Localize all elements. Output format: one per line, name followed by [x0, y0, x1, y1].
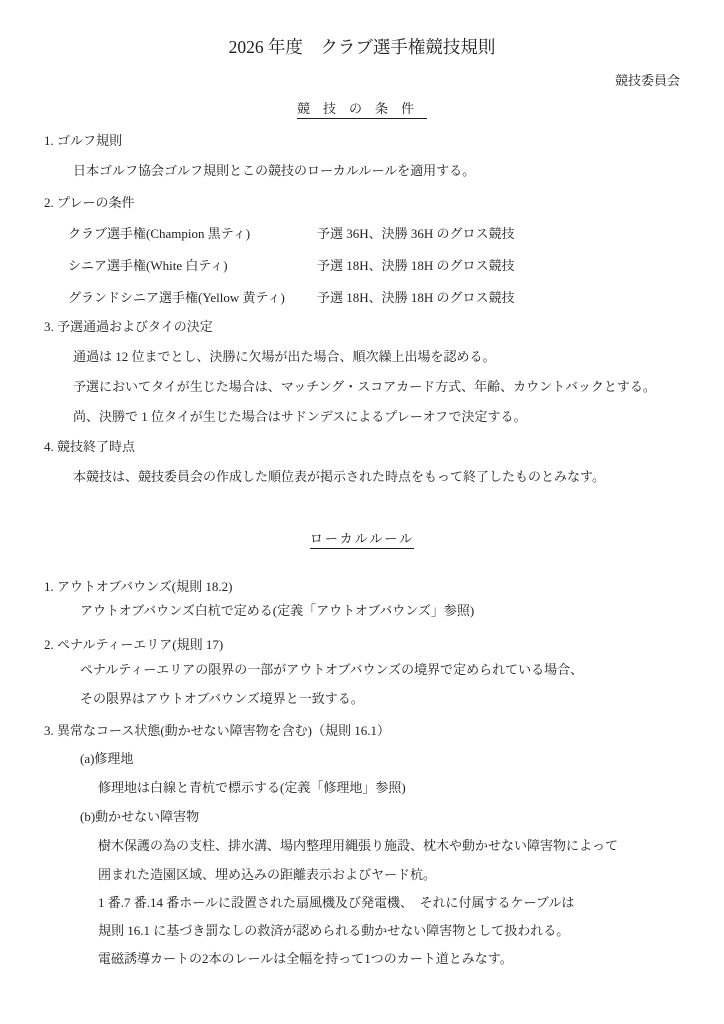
event-format: 予選 36H、決勝 36H のグロス競技	[317, 225, 724, 242]
document-page: 2026 年度 クラブ選手権競技規則 競技委員会 競技の条件 1. ゴルフ規則 …	[0, 0, 724, 1024]
competition-end-label: 4. 競技終了時点	[44, 438, 724, 455]
abnormal-course-label: 3. 異常なコース状態(動かせない障害物を含む)（規則 16.1）	[44, 722, 724, 739]
competition-end-body: 本競技は、競技委員会の作成した順位表が掲示された時点をもって終了したものとみなす…	[73, 468, 724, 485]
event-format: 予選 18H、決勝 18H のグロス競技	[317, 289, 724, 306]
oob-rule-body: アウトオブバウンズ白杭で定める(定義「アウトオブバウンズ」参照)	[80, 602, 724, 619]
qualifying-tie-label: 3. 予選通過およびタイの決定	[44, 318, 724, 335]
play-condition-row: グランドシニア選手権(Yellow 黄ティ) 予選 18H、決勝 18H のグロ…	[68, 289, 724, 306]
qualifying-tie-line3: 尚、決勝で 1 位タイが生じた場合はサドンデスによるプレーオフで決定する。	[73, 408, 724, 425]
play-conditions-label: 2. プレーの条件	[44, 194, 724, 211]
penalty-area-label: 2. ペナルティーエリア(規則 17)	[44, 636, 724, 653]
immovable-obstruction-line4: 規則 16.1 に基づき罰なしの救済が認められる動かせない障害物として扱われる。	[98, 922, 724, 939]
page-title: 2026 年度 クラブ選手権競技規則	[0, 36, 724, 58]
conditions-heading: 競技の条件	[297, 100, 427, 117]
ground-under-repair-label: (a)修理地	[80, 750, 724, 767]
ground-under-repair-body: 修理地は白線と青杭で標示する(定義「修理地」参照)	[98, 779, 724, 796]
immovable-obstruction-label: (b)動かせない障害物	[80, 808, 724, 825]
golf-rules-label: 1. ゴルフ規則	[44, 132, 724, 149]
golf-rules-body: 日本ゴルフ協会ゴルフ規則とこの競技のローカルルールを適用する。	[73, 162, 724, 179]
event-name: クラブ選手権(Champion 黒ティ)	[68, 225, 317, 242]
play-condition-row: クラブ選手権(Champion 黒ティ) 予選 36H、決勝 36H のグロス競…	[68, 225, 724, 242]
event-name: グランドシニア選手権(Yellow 黄ティ)	[68, 289, 317, 306]
penalty-area-line1: ペナルティーエリアの限界の一部がアウトオブバウンズの境界で定められている場合、	[80, 661, 724, 678]
committee-byline: 競技委員会	[0, 72, 724, 89]
immovable-obstruction-line5: 電磁誘導カートの2本のレールは全幅を持って1つのカート道とみなす。	[98, 950, 724, 967]
event-name: シニア選手権(White 白ティ)	[68, 257, 317, 274]
oob-rule-label: 1. アウトオブバウンズ(規則 18.2)	[44, 578, 724, 595]
immovable-obstruction-line2: 囲まれた造園区域、埋め込みの距離表示およびヤード杭。	[98, 866, 724, 883]
event-format: 予選 18H、決勝 18H のグロス競技	[317, 257, 724, 274]
qualifying-tie-line2: 予選においてタイが生じた場合は、マッチング・スコアカード方式、年齢、カウントバッ…	[73, 378, 724, 395]
qualifying-tie-line1: 通過は 12 位までとし、決勝に欠場が出た場合、順次繰上出場を認める。	[73, 348, 724, 365]
immovable-obstruction-line3: 1 番.7 番.14 番ホールに設置された扇風機及び発電機、 それに付属するケー…	[98, 894, 724, 911]
local-rules-heading: ローカルルール	[310, 530, 414, 547]
play-condition-row: シニア選手権(White 白ティ) 予選 18H、決勝 18H のグロス競技	[68, 257, 724, 274]
penalty-area-line2: その限界はアウトオブバウンズ境界と一致する。	[80, 690, 724, 707]
immovable-obstruction-line1: 樹木保護の為の支柱、排水溝、場内整理用縄張り施設、枕木や動かせない障害物によって	[98, 837, 724, 854]
